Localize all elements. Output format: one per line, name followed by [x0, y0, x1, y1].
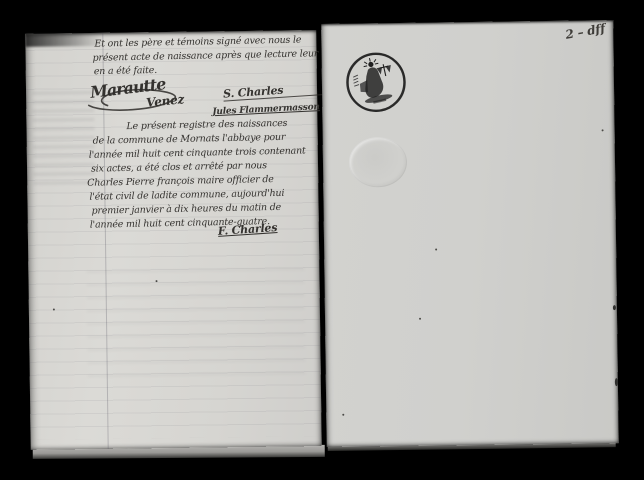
bleed-through-text	[32, 91, 95, 188]
ink-smudge	[25, 33, 103, 47]
bleed-through-text-lower	[86, 268, 305, 383]
paper-speck	[342, 414, 344, 416]
left-page: Et ont les père et témoins signé avec no…	[25, 30, 321, 450]
paper-speck	[53, 309, 55, 311]
scanned-register-spread: Et ont les père et témoins signé avec no…	[0, 0, 644, 480]
revenue-stamp-icon	[344, 50, 409, 115]
book-spread: Et ont les père et témoins signé avec no…	[0, 0, 644, 480]
folio-annotation: 2 – dff	[564, 21, 606, 42]
paper-speck	[435, 248, 437, 250]
embossed-seal	[349, 137, 408, 188]
paper-speck	[602, 129, 604, 131]
edge-mark	[613, 305, 616, 310]
edge-mark	[615, 378, 618, 386]
paper-speck	[156, 280, 158, 282]
right-page: 2 – dff	[321, 20, 619, 447]
paper-speck	[419, 318, 421, 320]
